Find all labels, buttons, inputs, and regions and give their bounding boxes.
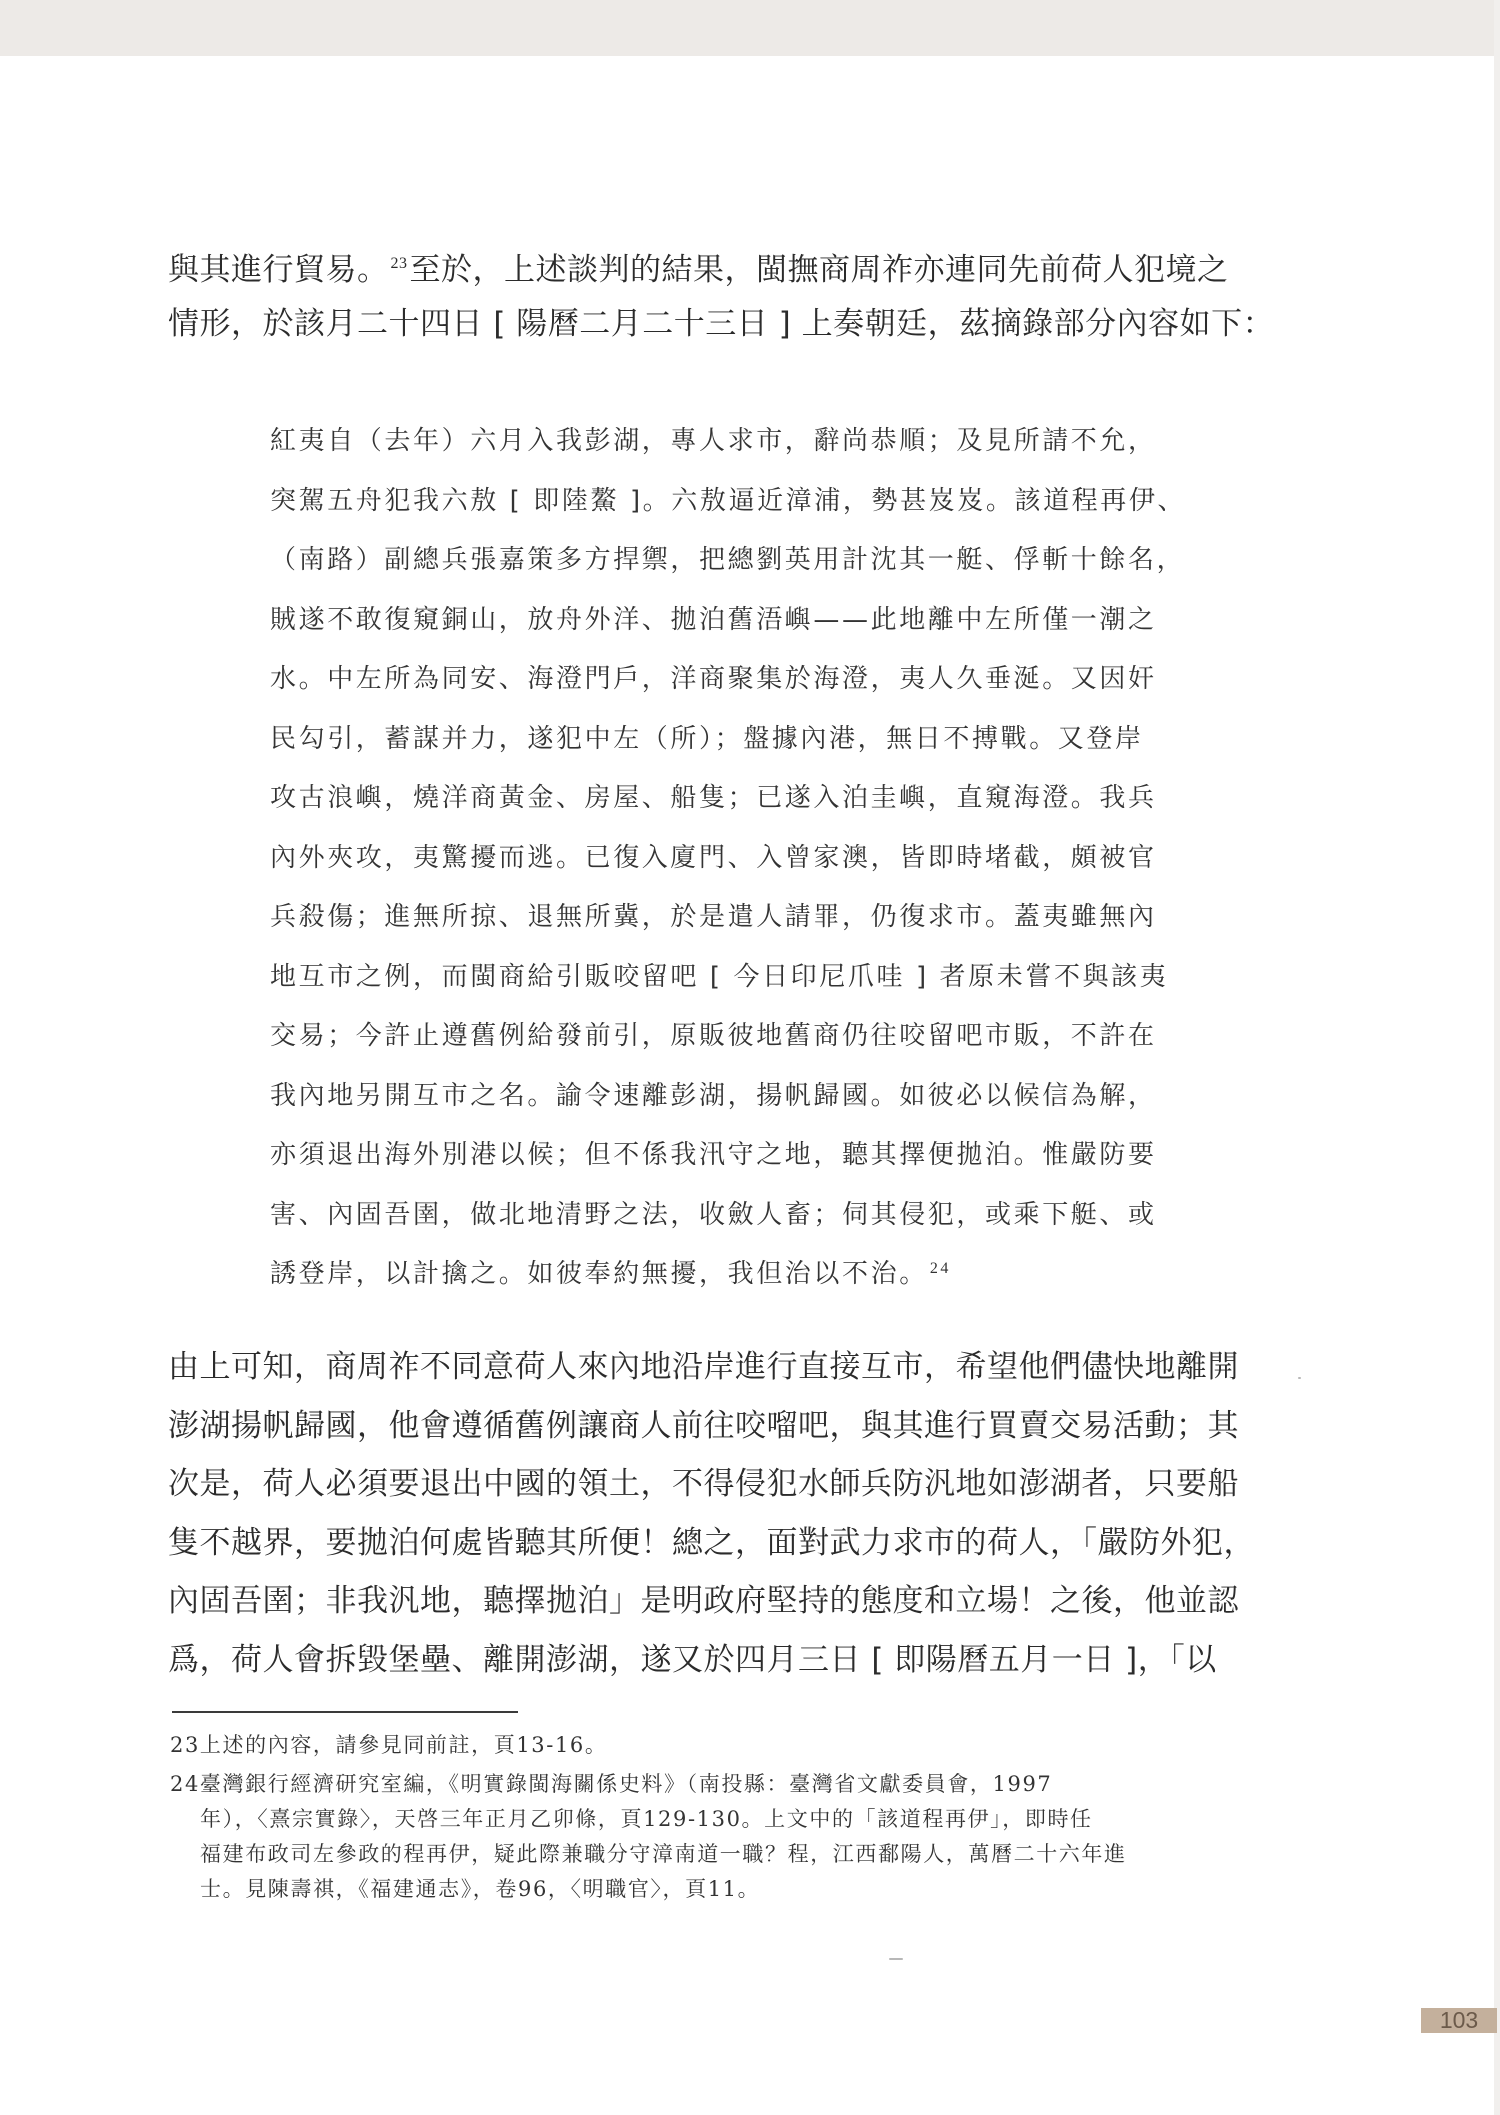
footnote-text: 上述的內容，請參見同前註，頁13-16。	[200, 1733, 608, 1757]
quote-line: 我內地另開互市之名。諭令速離彭湖，揚帆歸國。如彼必以候信為解，	[270, 1067, 1280, 1127]
footnote-23: 23上述的內容，請參見同前註，頁13-16。	[170, 1728, 1300, 1763]
quote-line: 內外夾攻，夷驚擾而逃。已復入廈門、入曾家澳，皆即時堵截，頗被官	[270, 829, 1280, 889]
footnote-ref-24[interactable]: 24	[930, 1260, 951, 1277]
intro-line-1: 與其進行貿易。23至於，上述談判的結果，閩撫商周祚亦連同先前荷人犯境之	[168, 243, 1288, 297]
footnote-line: 23上述的內容，請參見同前註，頁13-16。	[170, 1728, 1300, 1763]
block-quote: 紅夷自（去年）六月入我彭湖，專人求市，辭尚恭順；及見所請不允， 突駕五舟犯我六敖…	[270, 412, 1280, 1305]
footnote-line: 士。見陳壽祺，《福建通志》，卷96，〈明職官〉，頁11。	[170, 1872, 1300, 1907]
quote-line: 兵殺傷；進無所掠、退無所冀，於是遣人請罪，仍復求市。蓋夷雖無內	[270, 888, 1280, 948]
footnote-number: 24	[170, 1772, 200, 1796]
footnotes: 23上述的內容，請參見同前註，頁13-16。 24臺灣銀行經濟研究室編，《明實錄…	[170, 1728, 1300, 1907]
footnote-line: 年），〈熹宗實錄〉，天啓三年正月乙卯條，頁129-130。上文中的「該道程再伊」…	[170, 1802, 1300, 1837]
quote-line: 突駕五舟犯我六敖 [ 即陸鰲 ]。六敖逼近漳浦，勢甚岌岌。該道程再伊、	[270, 472, 1280, 532]
quote-line: 賊遂不敢復窺銅山，放舟外洋、拋泊舊浯嶼——此地離中左所僅一潮之	[270, 591, 1280, 651]
footnote-24: 24臺灣銀行經濟研究室編，《明實錄閩海關係史料》（南投縣：臺灣省文獻委員會，19…	[170, 1767, 1300, 1907]
quote-line: 民勾引，蓄謀并力，遂犯中左（所）；盤據內港，無日不搏戰。又登岸	[270, 710, 1280, 770]
analysis-line: 澎湖揚帆歸國，他會遵循舊例讓商人前往咬𠺕吧，與其進行買賣交易活動；其	[168, 1397, 1288, 1456]
quote-line: 亦須退出海外別港以候；但不係我汛守之地，聽其擇便拋泊。惟嚴防要	[270, 1126, 1280, 1186]
footnote-line: 24臺灣銀行經濟研究室編，《明實錄閩海關係史料》（南投縣：臺灣省文獻委員會，19…	[170, 1767, 1300, 1802]
footnote-ref-23[interactable]: 23	[391, 255, 408, 272]
quote-line: 紅夷自（去年）六月入我彭湖，專人求市，辭尚恭順；及見所請不允，	[270, 412, 1280, 472]
footnote-number: 23	[170, 1733, 200, 1757]
quote-line: 交易；今許止遵舊例給發前引，原販彼地舊商仍往咬留吧市販，不許在	[270, 1007, 1280, 1067]
page-number: 103	[1421, 2008, 1497, 2033]
analysis-line: 隻不越界，要拋泊何處皆聽其所便！總之，面對武力求市的荷人，「嚴防外犯，	[168, 1514, 1288, 1573]
footnote-separator	[172, 1711, 518, 1713]
analysis-paragraph: 由上可知，商周祚不同意荷人來內地沿岸進行直接互市，希望他們儘快地離開 澎湖揚帆歸…	[168, 1338, 1288, 1689]
analysis-line: 內固吾圉；非我汎地，聽擇拋泊」是明政府堅持的態度和立場！之後，他並認	[168, 1572, 1288, 1631]
intro-paragraph: 與其進行貿易。23至於，上述談判的結果，閩撫商周祚亦連同先前荷人犯境之 情形，於…	[168, 243, 1288, 351]
intro-line-2: 情形，於該月二十四日 [ 陽曆二月二十三日 ] 上奏朝廷，茲摘錄部分內容如下：	[168, 297, 1288, 351]
analysis-line: 由上可知，商周祚不同意荷人來內地沿岸進行直接互市，希望他們儘快地離開	[168, 1338, 1288, 1397]
intro-text: 情形，於該月二十四日 [ 陽曆二月二十三日 ] 上奏朝廷，茲摘錄部分內容如下：	[168, 306, 1274, 342]
footnote-text: 臺灣銀行經濟研究室編，《明實錄閩海關係史料》（南投縣：臺灣省文獻委員會，1997	[200, 1772, 1052, 1796]
analysis-line: 爲，荷人會拆毀堡壘、離開澎湖，遂又於四月三日 [ 即陽曆五月一日 ]，「以	[168, 1631, 1288, 1690]
intro-text: 與其進行貿易。	[168, 252, 389, 288]
scan-right-edge	[1494, 0, 1500, 2115]
quote-line: 攻古浪嶼，燒洋商黃金、房屋、船隻；已遂入泊圭嶼，直窺海澄。我兵	[270, 769, 1280, 829]
scan-speck	[889, 1958, 903, 1960]
quote-line: 水。中左所為同安、海澄門戶，洋商聚集於海澄，夷人久垂涎。又因奸	[270, 650, 1280, 710]
quote-line: （南路）副總兵張嘉策多方捍禦，把總劉英用計沈其一艇、俘斬十餘名，	[270, 531, 1280, 591]
analysis-line: 次是，荷人必須要退出中國的領土，不得侵犯水師兵防汎地如澎湖者，只要船	[168, 1455, 1288, 1514]
scan-speck	[1298, 1377, 1301, 1379]
quote-line-last: 誘登岸，以計擒之。如彼奉約無擾，我但治以不治。24	[270, 1245, 1280, 1305]
quote-line: 害、內固吾圉，做北地清野之法，收斂人畜；伺其侵犯，或乘下艇、或	[270, 1186, 1280, 1246]
quote-text: 誘登岸，以計擒之。如彼奉約無擾，我但治以不治。	[270, 1259, 928, 1289]
intro-text: 至於，上述談判的結果，閩撫商周祚亦連同先前荷人犯境之	[410, 252, 1229, 288]
footnote-line: 福建布政司左參政的程再伊，疑此際兼職分守漳南道一職？程，江西鄱陽人，萬曆二十六年…	[170, 1837, 1300, 1872]
scan-top-band	[0, 0, 1500, 56]
quote-line: 地互市之例，而閩商給引販咬留吧 [ 今日印尼爪哇 ] 者原未嘗不與該夷	[270, 948, 1280, 1008]
